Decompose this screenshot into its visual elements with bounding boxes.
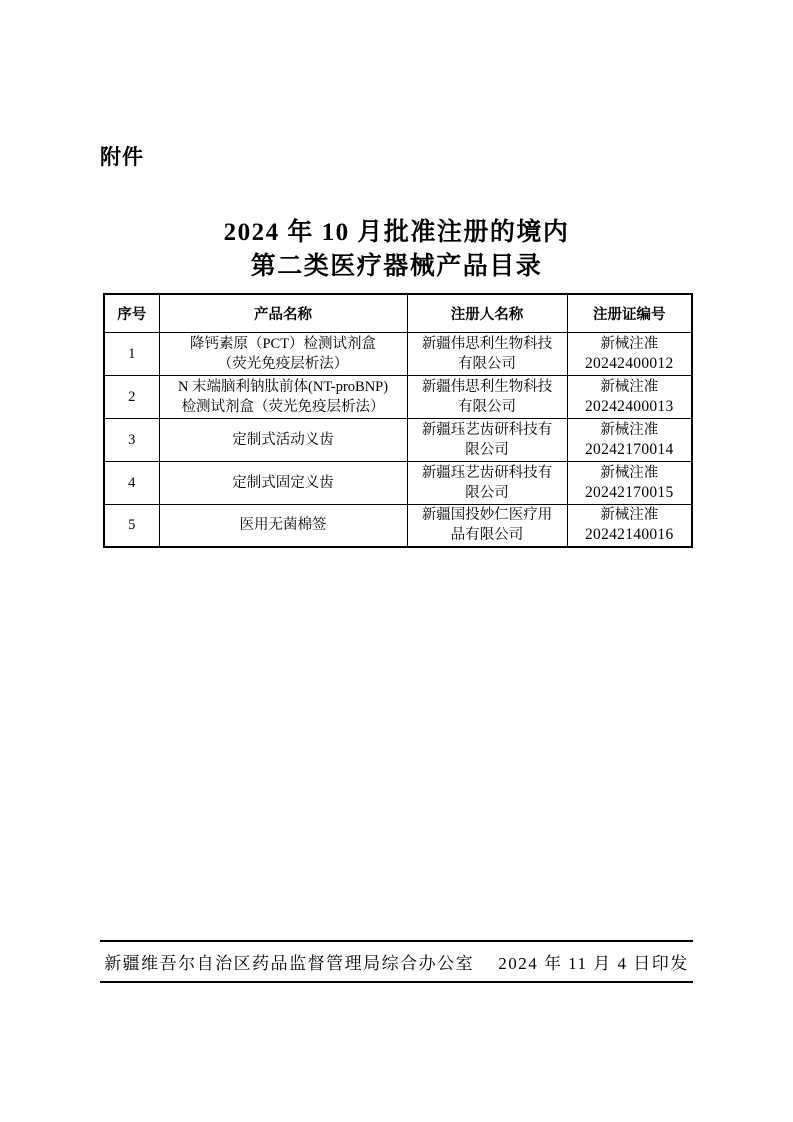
product-name-cell: N 末端脑利钠肽前体(NT-proBNP) 检测试剂盒（荧光免疫层析法） — [159, 375, 407, 418]
header-no: 序号 — [104, 294, 159, 332]
row-no: 5 — [104, 504, 159, 547]
table-row: 2 N 末端脑利钠肽前体(NT-proBNP) 检测试剂盒（荧光免疫层析法） 新… — [104, 375, 692, 418]
cert-prefix: 新械注准 — [570, 334, 690, 354]
document-footer: 新疆维吾尔自治区药品监督管理局综合办公室 2024 年 11 月 4 日印发 — [100, 940, 693, 983]
product-name-cell: 医用无菌棉签 — [159, 504, 407, 547]
registrant-cell: 新疆国投妙仁医疗用 品有限公司 — [407, 504, 567, 547]
products-table: 序号 产品名称 注册人名称 注册证编号 1 降钙素原（PCT）检测试剂盒 （荧光… — [103, 293, 693, 548]
table-row: 3 定制式活动义齿 新疆珏艺齿研科技有 限公司 新械注准 20242170014 — [104, 418, 692, 461]
document-title-line1: 2024 年 10 月批准注册的境内 — [0, 216, 793, 250]
cert-cell: 新械注准 20242400013 — [567, 375, 692, 418]
product-line: 检测试剂盒（荧光免疫层析法） — [162, 397, 405, 417]
attachment-label: 附件 — [100, 141, 144, 171]
cert-number: 20242170014 — [570, 440, 690, 460]
registrant-line: 限公司 — [410, 440, 565, 460]
registrant-line: 有限公司 — [410, 397, 565, 417]
registrant-line: 有限公司 — [410, 354, 565, 374]
product-name-cell: 降钙素原（PCT）检测试剂盒 （荧光免疫层析法） — [159, 332, 407, 375]
registrant-cell: 新疆伟思利生物科技 有限公司 — [407, 332, 567, 375]
footer-print-date: 2024 年 11 月 4 日印发 — [498, 949, 689, 974]
row-no: 4 — [104, 461, 159, 504]
registrant-line: 新疆伟思利生物科技 — [410, 377, 565, 397]
registrant-cell: 新疆珏艺齿研科技有 限公司 — [407, 461, 567, 504]
document-page: 附件 2024 年 10 月批准注册的境内 第二类医疗器械产品目录 序号 产品名… — [0, 0, 793, 1122]
cert-number: 20242400013 — [570, 397, 690, 417]
cert-prefix: 新械注准 — [570, 463, 690, 483]
cert-cell: 新械注准 20242400012 — [567, 332, 692, 375]
cert-number: 20242140016 — [570, 525, 690, 545]
product-line: 降钙素原（PCT）检测试剂盒 — [162, 334, 405, 354]
header-cert: 注册证编号 — [567, 294, 692, 332]
registrant-line: 新疆珏艺齿研科技有 — [410, 463, 565, 483]
cert-cell: 新械注准 20242170014 — [567, 418, 692, 461]
registrant-cell: 新疆伟思利生物科技 有限公司 — [407, 375, 567, 418]
cert-prefix: 新械注准 — [570, 505, 690, 525]
table-row: 1 降钙素原（PCT）检测试剂盒 （荧光免疫层析法） 新疆伟思利生物科技 有限公… — [104, 332, 692, 375]
registrant-line: 新疆伟思利生物科技 — [410, 334, 565, 354]
product-line: 医用无菌棉签 — [162, 515, 405, 535]
row-no: 1 — [104, 332, 159, 375]
cert-number: 20242170015 — [570, 483, 690, 503]
cert-prefix: 新械注准 — [570, 377, 690, 397]
cert-prefix: 新械注准 — [570, 420, 690, 440]
cert-cell: 新械注准 20242140016 — [567, 504, 692, 547]
product-name-cell: 定制式活动义齿 — [159, 418, 407, 461]
registrant-line: 新疆国投妙仁医疗用 — [410, 505, 565, 525]
table-row: 5 医用无菌棉签 新疆国投妙仁医疗用 品有限公司 新械注准 2024214001… — [104, 504, 692, 547]
header-product: 产品名称 — [159, 294, 407, 332]
registrant-line: 品有限公司 — [410, 525, 565, 545]
row-no: 3 — [104, 418, 159, 461]
cert-cell: 新械注准 20242170015 — [567, 461, 692, 504]
table-row: 4 定制式固定义齿 新疆珏艺齿研科技有 限公司 新械注准 20242170015 — [104, 461, 692, 504]
product-line: （荧光免疫层析法） — [162, 354, 405, 374]
product-name-cell: 定制式固定义齿 — [159, 461, 407, 504]
table-header-row: 序号 产品名称 注册人名称 注册证编号 — [104, 294, 692, 332]
product-line: 定制式活动义齿 — [162, 430, 405, 450]
registrant-cell: 新疆珏艺齿研科技有 限公司 — [407, 418, 567, 461]
document-title-line2: 第二类医疗器械产品目录 — [0, 250, 793, 284]
footer-issuer: 新疆维吾尔自治区药品监督管理局综合办公室 — [104, 949, 474, 974]
product-line: 定制式固定义齿 — [162, 473, 405, 493]
row-no: 2 — [104, 375, 159, 418]
cert-number: 20242400012 — [570, 354, 690, 374]
document-title: 2024 年 10 月批准注册的境内 第二类医疗器械产品目录 — [0, 216, 793, 284]
registrant-line: 限公司 — [410, 483, 565, 503]
registrant-line: 新疆珏艺齿研科技有 — [410, 420, 565, 440]
header-registrant: 注册人名称 — [407, 294, 567, 332]
product-line: N 末端脑利钠肽前体(NT-proBNP) — [162, 377, 405, 397]
